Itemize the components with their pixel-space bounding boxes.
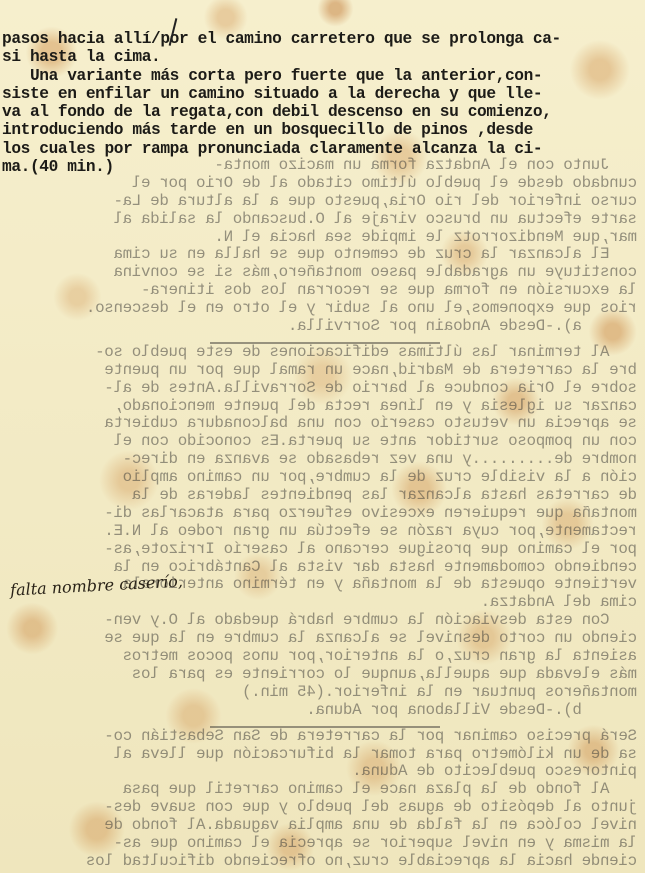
bleed-line: asienta la gran cruz,o la anterior,por u… (0, 648, 645, 666)
bleed-line: sobre el Oria conduce al barrio de Sorra… (0, 380, 645, 398)
bleed-line: más elevada que aquella,aunque lo corrie… (0, 666, 645, 684)
bleed-line: Será preciso caminar por la carretera de… (0, 728, 645, 746)
bleed-line: ciende hacia la apreciable cruz,no ofrec… (0, 853, 645, 871)
bleed-line: constituye un agradable paseo montañero,… (0, 264, 645, 282)
typed-line: los cuales por rampa pronunciada clarame… (2, 140, 645, 158)
typed-line: Una variante más corta pero fuerte que l… (2, 67, 645, 85)
typed-line: ma.(40 min.) (2, 158, 645, 176)
bleed-line: sa de un kilómetro para tomar la bifurca… (0, 746, 645, 764)
typed-line: va al fondo de la regata,con debil desce… (2, 103, 645, 121)
bleed-line: El alcanzar la cruz de cemento que se ha… (0, 246, 645, 264)
bleed-line: ciendo un corto desnivel se alcanza la c… (0, 630, 645, 648)
bleed-line: cundado desde el pueblo último citado al… (0, 175, 645, 193)
bleed-line: canzar su iglesia y en línea recta del p… (0, 398, 645, 416)
bleed-line: b).-Desde Villabona por Aduna. (0, 702, 645, 720)
bleed-line: cima del Andatza. (0, 594, 645, 612)
bleed-line: a).-Desde Andoain por Sorrvilla. (0, 318, 645, 336)
scanned-document-page: Junto con el Andatza forma un macizo mon… (0, 0, 645, 873)
bleed-line: por el camino que prosigue cercano al ca… (0, 541, 645, 559)
bleed-line: junto al depósito de aguas del pueblo y … (0, 799, 645, 817)
bleed-through-text: Junto con el Andatza forma un macizo mon… (0, 157, 645, 871)
typed-line: si hasta la cima. (2, 48, 645, 66)
bleed-line: ción a la visible cruz de la cumbre,por … (0, 469, 645, 487)
bleed-line: rios que exponemos,el uno al subir y el … (0, 300, 645, 318)
bleed-line: de carretas hasta alcanzar las pendiente… (0, 487, 645, 505)
bleed-line: rectamente,por cuya razón se efectúa un … (0, 523, 645, 541)
bleed-line: se aprecia un vetusto caserío con una ba… (0, 415, 645, 433)
bleed-line: montañeros puntuar en la inferior.(45 mi… (0, 684, 645, 702)
bleed-line: Con esta desviación la cumbre habrá qued… (0, 612, 645, 630)
bleed-line: Al fondo de la plaza nace el camino carr… (0, 781, 645, 799)
bleed-line: cendiendo comodamente hasta dar vista al… (0, 559, 645, 577)
bleed-line: la misma y en nivel superior se aprecia … (0, 835, 645, 853)
bleed-line: curso inferior del rio Oria,puesto que a… (0, 193, 645, 211)
bleed-line: pintoresco pueblecito de Aduna. (0, 763, 645, 781)
bleed-line: bre la carretera de Madrid,nace un ramal… (0, 362, 645, 380)
bleed-line: nivel colóca en la falda de una amplia v… (0, 817, 645, 835)
typed-line: pasos hacia allí/por el camino carretero… (2, 30, 645, 48)
typed-line: siste en enfilar un camino situado a la … (2, 85, 645, 103)
bleed-line: montaña que requieren excesivo esfuerzo … (0, 505, 645, 523)
typed-line: introduciendo más tarde en un bosquecill… (2, 121, 645, 139)
bleed-line: sarte efectua un brusco viraje al O.busc… (0, 211, 645, 229)
bleed-line: con un pomposo surtidor ante su puerta.E… (0, 433, 645, 451)
bleed-line: mar,que Mendizorrotz le impide sea hacia… (0, 229, 645, 247)
bleed-line: nombre de.........y una vez rebasado se … (0, 451, 645, 469)
typewritten-text: pasos hacia allí/por el camino carretero… (2, 30, 645, 176)
bleed-line: la excursión en forma que se recorran lo… (0, 282, 645, 300)
bleed-line: Al terminar las últimas edificaciones de… (0, 344, 645, 362)
